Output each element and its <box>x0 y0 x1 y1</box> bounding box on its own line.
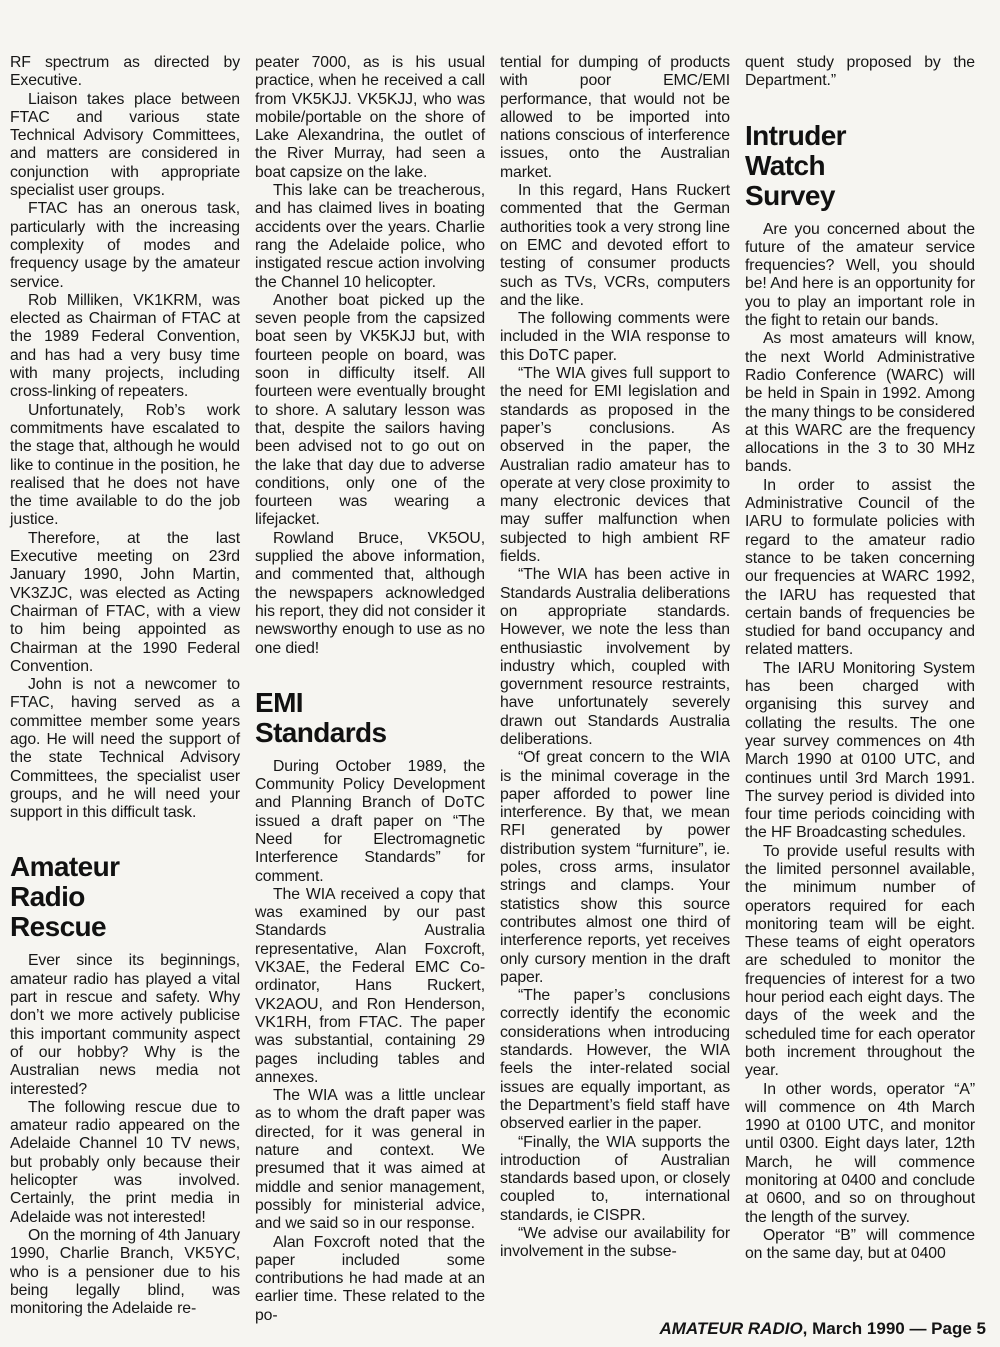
paragraph: The WIA was a little unclear as to whom … <box>255 1087 485 1233</box>
paragraph-continuation: tential for dumping of products with poo… <box>500 54 730 182</box>
paragraph: The following comments were included in … <box>500 310 730 365</box>
paragraph: John is not a newcomer to FTAC, having s… <box>10 676 240 822</box>
paragraph-continuation: RF spectrum as directed by Executive. <box>10 54 240 91</box>
paragraph: Rowland Bruce, VK5OU, supplied the above… <box>255 530 485 658</box>
paragraph: “The WIA gives full support to the need … <box>500 365 730 566</box>
paragraph: This lake can be treacherous, and has cl… <box>255 182 485 292</box>
paragraph: Alan Foxcroft noted that the paper inclu… <box>255 1234 485 1325</box>
paragraph: In order to assist the Administrative Co… <box>745 477 975 660</box>
column-1: RF spectrum as directed by Executive.Lia… <box>10 54 240 1325</box>
paragraph: Rob Milliken, VK1KRM, was elected as Cha… <box>10 292 240 402</box>
magazine-page: RF spectrum as directed by Executive.Lia… <box>0 0 1000 1347</box>
page-footer: AMATEUR RADIO, March 1990 — Page 5 <box>659 1319 986 1339</box>
paragraph: During October 1989, the Community Polic… <box>255 758 485 886</box>
column-3: tential for dumping of products with poo… <box>500 54 730 1325</box>
paragraph: Unfortunately, Rob’s work commitments ha… <box>10 402 240 530</box>
paragraph: Are you concerned about the future of th… <box>745 221 975 331</box>
paragraph: Therefore, at the last Executive meeting… <box>10 530 240 676</box>
footer-issue-text: , March 1990 — Page 5 <box>803 1319 986 1338</box>
paragraph: The WIA received a copy that was examine… <box>255 886 485 1087</box>
paragraph: As most amateurs will know, the next Wor… <box>745 330 975 476</box>
paragraph: FTAC has an onerous task, particularly w… <box>10 200 240 291</box>
paragraph-continuation: quent study proposed by the Department.” <box>745 54 975 91</box>
column-2: peater 7000, as is his usual practice, w… <box>255 54 485 1325</box>
paragraph: The following rescue due to amateur radi… <box>10 1099 240 1227</box>
paragraph: In this regard, Hans Ruckert commented t… <box>500 182 730 310</box>
section-heading-intruder-watch-survey: Intruder Watch Survey <box>745 121 975 211</box>
section-heading-emi-standards: EMI Standards <box>255 688 485 748</box>
paragraph: The IARU Monitoring System has been char… <box>745 660 975 843</box>
paragraph: In other words, operator “A” will commen… <box>745 1081 975 1227</box>
paragraph: On the morning of 4th January 1990, Char… <box>10 1227 240 1318</box>
paragraph-continuation: peater 7000, as is his usual practice, w… <box>255 54 485 182</box>
column-4: quent study proposed by the Department.”… <box>745 54 975 1325</box>
paragraph: Liaison takes place between FTAC and var… <box>10 91 240 201</box>
section-heading-amateur-radio-rescue: Amateur Radio Rescue <box>10 852 240 942</box>
magazine-title: AMATEUR RADIO <box>659 1319 802 1338</box>
paragraph: “Finally, the WIA supports the introduct… <box>500 1134 730 1225</box>
paragraph: Operator “B” will commence on the same d… <box>745 1227 975 1264</box>
paragraph: “Of great concern to the WIA is the mini… <box>500 749 730 987</box>
paragraph: To provide useful results with the limit… <box>745 843 975 1081</box>
paragraph: Ever since its beginnings, amateur radio… <box>10 952 240 1098</box>
paragraph: Another boat picked up the seven people … <box>255 292 485 530</box>
paragraph: “The WIA has been active in Standards Au… <box>500 566 730 749</box>
paragraph: “We advise our availability for involvem… <box>500 1225 730 1262</box>
column-layout: RF spectrum as directed by Executive.Lia… <box>10 54 975 1325</box>
paragraph: “The paper’s conclusions correctly ident… <box>500 987 730 1133</box>
